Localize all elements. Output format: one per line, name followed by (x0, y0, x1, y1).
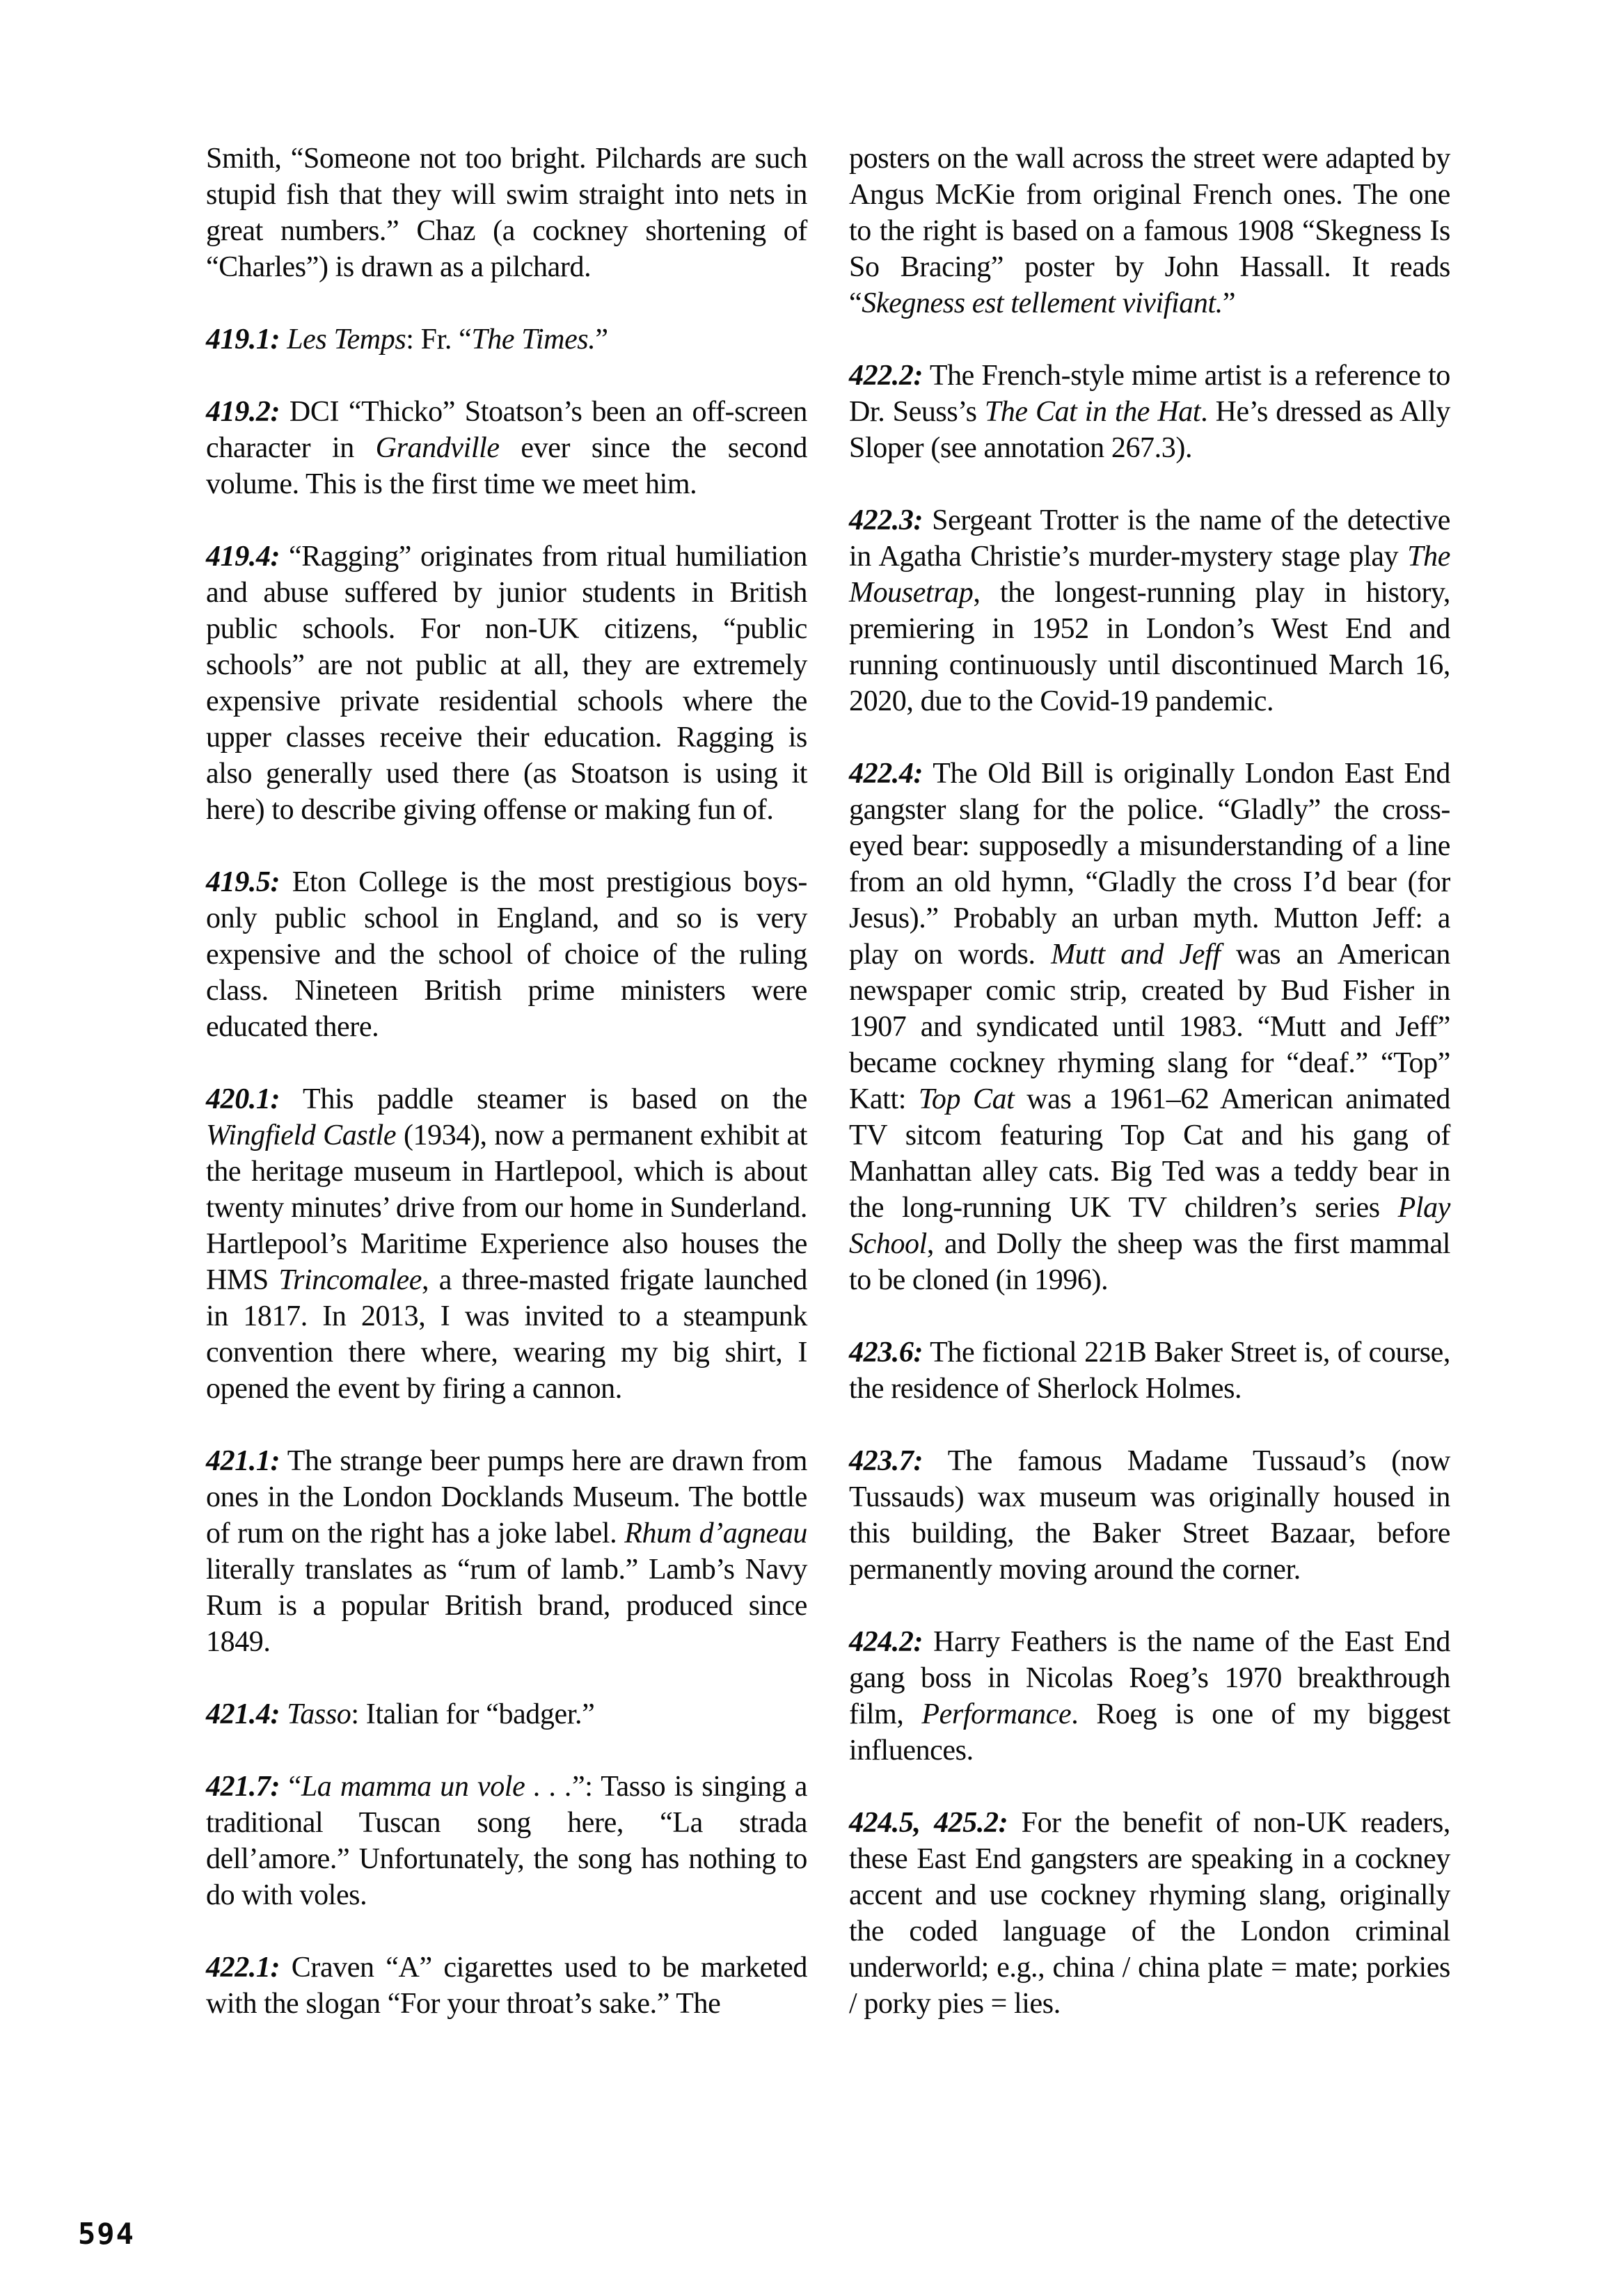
annotation-number: 424.5, 425.2: (849, 1807, 1008, 1839)
annotation-paragraph: 419.1: Les Temps: Fr. “The Times.” (206, 321, 807, 358)
book-page: Smith, “Someone not too bright. Pilchard… (0, 0, 1618, 2296)
annotation-number: 421.4: (206, 1698, 280, 1730)
annotation-number: 422.2: (849, 360, 923, 392)
annotation-paragraph: 421.1: The strange beer pumps here are d… (206, 1443, 807, 1660)
text-segment: Smith, “Someone not too bright. Pilchard… (206, 143, 807, 283)
annotation-paragraph: 421.4: Tasso: Italian for “badger.” (206, 1696, 807, 1732)
annotation-paragraph: 424.5, 425.2: For the benefit of non-UK … (849, 1805, 1450, 2022)
text-segment: The Times. (471, 324, 595, 356)
annotation-number: 424.2: (849, 1626, 923, 1658)
annotation-paragraph: 422.1: Craven “A” cigarettes used to be … (206, 1950, 807, 2022)
annotation-paragraph: 422.3: Sergeant Trotter is the name of t… (849, 502, 1450, 719)
text-segment: “ (280, 1771, 301, 1803)
page-number: 594 (78, 2219, 135, 2249)
annotation-paragraph: 422.4: The Old Bill is originally London… (849, 756, 1450, 1298)
text-segment: literally translates as “rum of lamb.” L… (206, 1554, 807, 1658)
annotation-paragraph: 423.6: The fictional 221B Baker Street i… (849, 1334, 1450, 1407)
text-segment: Rhum d’agneau (624, 1517, 807, 1549)
text-segment (280, 324, 287, 356)
text-segment: This paddle steamer is based on the (280, 1083, 807, 1115)
text-segment: : Fr. “ (406, 324, 471, 356)
annotation-number: 420.1: (206, 1083, 280, 1115)
annotation-number: 421.7: (206, 1771, 280, 1803)
text-segment: The fictional 221B Baker Street is, of c… (849, 1337, 1450, 1405)
text-segment: Sergeant Trotter is the name of the dete… (849, 504, 1450, 573)
text-segment: Trincomalee (278, 1264, 422, 1296)
text-segment: “Ragging” originates from ritual humilia… (206, 541, 807, 826)
text-segment: The famous Madame Tussaud’s (now Tussaud… (849, 1445, 1450, 1586)
text-segment: Wingfield Castle (206, 1119, 396, 1151)
annotation-number: 419.2: (206, 396, 280, 428)
annotation-paragraph: posters on the wall across the street we… (849, 141, 1450, 321)
annotation-number: 422.1: (206, 1952, 280, 1984)
text-segment: Tasso (287, 1698, 351, 1730)
text-segment: : Italian for “badger.” (351, 1698, 594, 1730)
text-segment: Mutt and Jeff (1051, 939, 1220, 971)
text-segment (280, 1698, 287, 1730)
annotations-column-right: posters on the wall across the street we… (849, 141, 1450, 2058)
text-segment: Top Cat (919, 1083, 1015, 1115)
text-segment: ” (595, 324, 608, 356)
annotation-number: 419.4: (206, 541, 280, 573)
annotation-paragraph: 424.2: Harry Feathers is the name of the… (849, 1624, 1450, 1769)
text-segment: Eton College is the most prestigious boy… (206, 866, 807, 1043)
text-segment: Skegness est tellement vivifiant. (862, 287, 1223, 319)
annotation-paragraph: 423.7: The famous Madame Tussaud’s (now … (849, 1443, 1450, 1588)
text-segment: Grandville (376, 432, 500, 464)
annotation-number: 423.6: (849, 1337, 923, 1369)
annotation-number: 419.1: (206, 324, 280, 356)
text-segment: , and Dolly the sheep was the first mamm… (849, 1228, 1450, 1296)
text-segment: Les Temps (287, 324, 406, 356)
annotation-paragraph: 422.2: The French-style mime artist is a… (849, 358, 1450, 466)
annotation-paragraph: 419.5: Eton College is the most prestigi… (206, 864, 807, 1045)
text-segment: ” (1223, 287, 1235, 319)
annotation-number: 422.3: (849, 504, 923, 536)
text-segment: La mamma un vole . . . (301, 1771, 572, 1803)
text-segment: Performance (921, 1698, 1071, 1730)
annotation-number: 419.5: (206, 866, 280, 898)
annotation-number: 421.1: (206, 1445, 280, 1477)
text-segment: The Cat in the Hat (985, 396, 1200, 428)
annotation-paragraph: 421.7: “La mamma un vole . . .”: Tasso i… (206, 1769, 807, 1913)
annotation-paragraph: Smith, “Someone not too bright. Pilchard… (206, 141, 807, 285)
text-segment: Craven “A” cigarettes used to be markete… (206, 1952, 807, 2020)
annotation-paragraph: 419.4: “Ragging” originates from ritual … (206, 539, 807, 828)
annotation-paragraph: 420.1: This paddle steamer is based on t… (206, 1081, 807, 1407)
annotation-paragraph: 419.2: DCI “Thicko” Stoatson’s been an o… (206, 394, 807, 502)
annotations-column-left: Smith, “Someone not too bright. Pilchard… (206, 141, 807, 2058)
annotation-number: 423.7: (849, 1445, 923, 1477)
annotation-number: 422.4: (849, 758, 923, 790)
